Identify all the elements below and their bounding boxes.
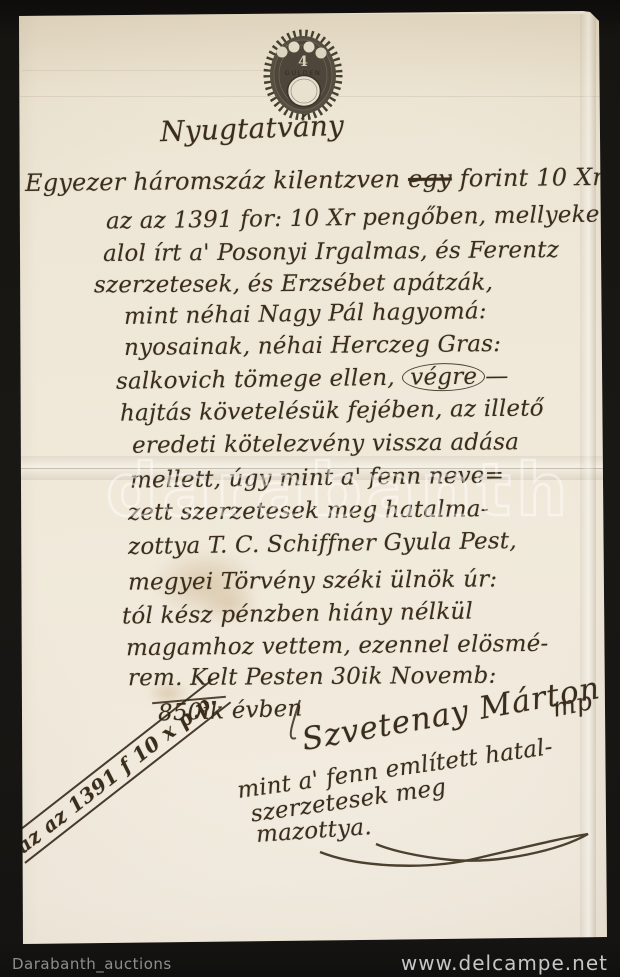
document-paper: 4 GULDEN Nyugtatvány Egyezer háromszáz k… <box>0 0 620 977</box>
signature-flourish <box>0 0 620 977</box>
auction-house-caption: Darabanth_auctions <box>12 955 172 973</box>
photo-background: 4 GULDEN Nyugtatvány Egyezer háromszáz k… <box>0 0 620 977</box>
delcampe-site-caption: www.delcampe.net <box>401 951 608 975</box>
